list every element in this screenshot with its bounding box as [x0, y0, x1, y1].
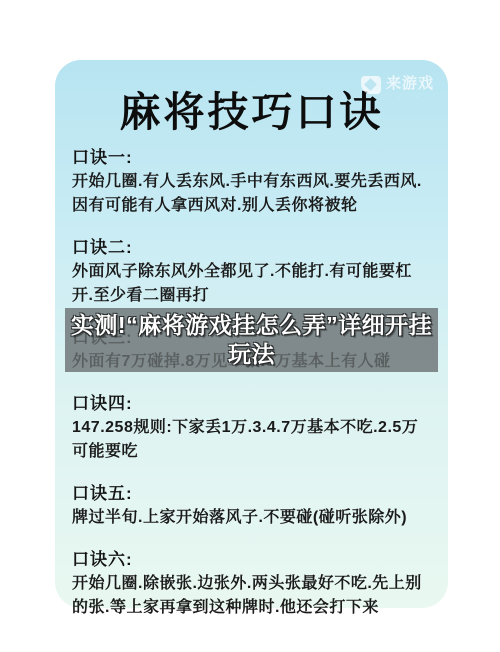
section-heading: 口诀五:: [72, 483, 431, 506]
brand-name: 来游戏: [386, 76, 434, 91]
brand-subtext: ····: [386, 94, 434, 100]
overlay-banner: 实测!“麻将游戏挂怎么弄”详细开挂玩法: [65, 308, 438, 372]
section-koujue-1: 口诀一: 开始几圈.有人丢东风.手中有东西风.要先丢西风.因有可能有人拿西风对.…: [72, 147, 431, 218]
brand-tile-icon: [361, 76, 381, 94]
section-koujue-5: 口诀五: 牌过半旬.上家开始落风子.不要碰(碰听张除外): [72, 483, 431, 530]
section-heading: 口诀二:: [72, 237, 431, 260]
tips-card: 来游戏 ···· 麻将技巧口诀 口诀一: 开始几圈.有人丢东风.手中有东西风.要…: [55, 60, 448, 608]
overlay-banner-text: 实测!“麻将游戏挂怎么弄”详细开挂玩法: [65, 311, 438, 369]
section-koujue-6: 口诀六: 开始几圈.除嵌张.边张外.两头张最好不吃.先上别的张.等上家再拿到这种…: [72, 549, 431, 620]
section-heading: 口诀一:: [72, 147, 431, 170]
section-body: 牌过半旬.上家开始落风子.不要碰(碰听张除外): [72, 506, 431, 530]
section-body: 开始几圈.除嵌张.边张外.两头张最好不吃.先上别的张.等上家再拿到这种牌时.他还…: [72, 572, 431, 620]
watermark: 来游戏 ····: [361, 76, 434, 100]
section-koujue-3: 实测!“麻将游戏挂怎么弄”详细开挂玩法 口诀三: 外面有7万碰掉.8万见二张.9…: [72, 327, 431, 374]
sections-list: 口诀一: 开始几圈.有人丢东风.手中有东西风.要先丢西风.因有可能有人拿西风对.…: [68, 147, 435, 620]
page-root: 来游戏 ···· 麻将技巧口诀 口诀一: 开始几圈.有人丢东风.手中有东西风.要…: [0, 0, 500, 652]
section-body: 开始几圈.有人丢东风.手中有东西风.要先丢西风.因有可能有人拿西风对.别人丢你将…: [72, 170, 431, 218]
section-body: 外面风子除东风外全都见了.不能打.有可能要杠开.至少看二圈再打: [72, 260, 431, 308]
section-heading: 口诀四:: [72, 393, 431, 416]
section-koujue-4: 口诀四: 147.258规则:下家丢1万.3.4.7万基本不吃.2.5万可能要吃: [72, 393, 431, 464]
section-koujue-2: 口诀二: 外面风子除东风外全都见了.不能打.有可能要杠开.至少看二圈再打: [72, 237, 431, 308]
section-heading: 口诀六:: [72, 549, 431, 572]
section-body: 147.258规则:下家丢1万.3.4.7万基本不吃.2.5万可能要吃: [72, 416, 431, 464]
